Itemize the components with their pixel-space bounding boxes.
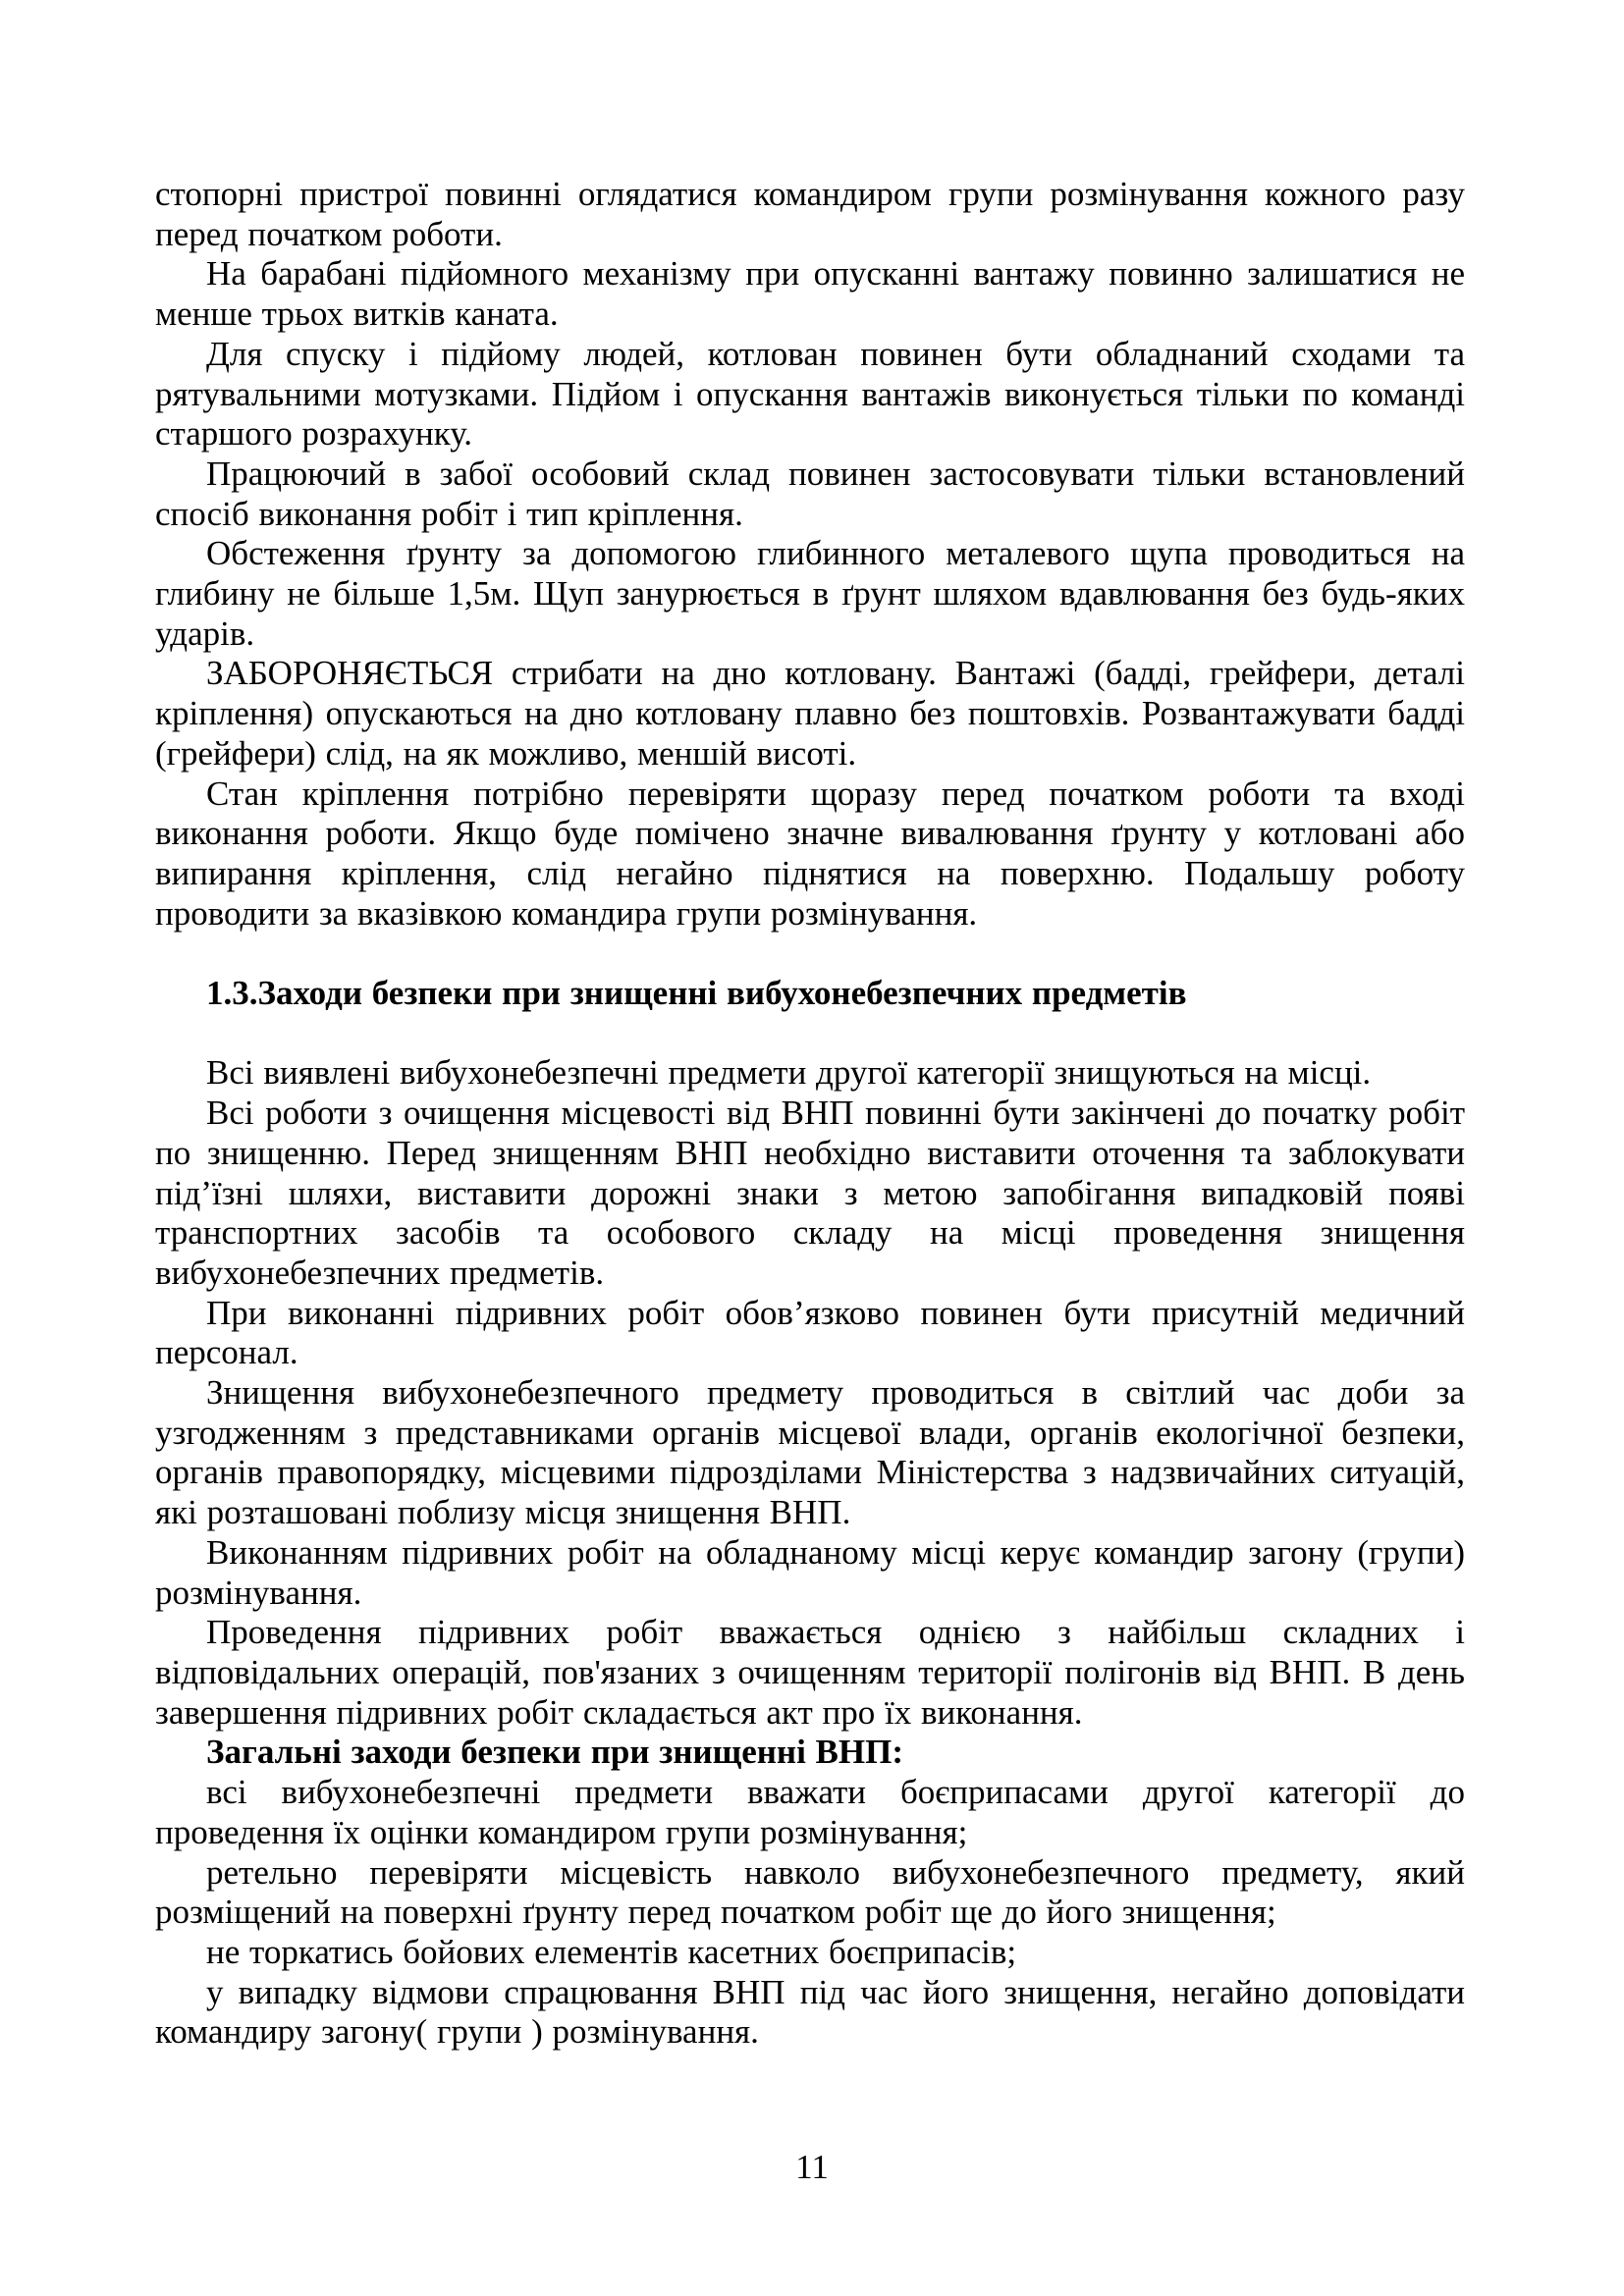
paragraph: Проведення підривних робіт вважається од… [155, 1613, 1465, 1733]
page-number: 11 [0, 2148, 1624, 2187]
paragraph: всі вибухонебезпечні предмети вважати бо… [155, 1773, 1465, 1852]
paragraph: ретельно перевіряти місцевість навколо в… [155, 1853, 1465, 1933]
paragraph: На барабані підйомного механізму при опу… [155, 254, 1465, 334]
paragraph: стопорні пристрої повинні оглядатися ком… [155, 175, 1465, 254]
paragraph: При виконанні підривних робіт обов’язков… [155, 1294, 1465, 1373]
bold-lead-paragraph: Загальні заходи безпеки при знищенні ВНП… [155, 1733, 1465, 1773]
paragraph: Знищення вибухонебезпечного предмету про… [155, 1373, 1465, 1533]
paragraph: Стан кріплення потрібно перевіряти щораз… [155, 774, 1465, 934]
paragraph: Обстеження ґрунту за допомогою глибинног… [155, 534, 1465, 654]
paragraph: Виконанням підривних робіт на обладнаном… [155, 1533, 1465, 1613]
paragraph: не торкатись бойових елементів касетних … [155, 1933, 1465, 1973]
paragraph: Для спуску і підйому людей, котлован пов… [155, 335, 1465, 454]
paragraph: Всі роботи з очищення місцевості від ВНП… [155, 1094, 1465, 1294]
paragraph: Всі виявлені вибухонебезпечні предмети д… [155, 1053, 1465, 1094]
paragraph: Працюючий в забої особовий склад повинен… [155, 454, 1465, 534]
document-body: стопорні пристрої повинні оглядатися ком… [155, 175, 1465, 2053]
paragraph: ЗАБОРОНЯЄТЬСЯ стрибати на дно котловану.… [155, 654, 1465, 774]
paragraph: у випадку відмови спрацювання ВНП під ча… [155, 1973, 1465, 2053]
document-page: стопорні пристрої повинні оглядатися ком… [0, 0, 1624, 2296]
section-heading: 1.3.Заходи безпеки при знищенні вибухоне… [155, 974, 1465, 1014]
